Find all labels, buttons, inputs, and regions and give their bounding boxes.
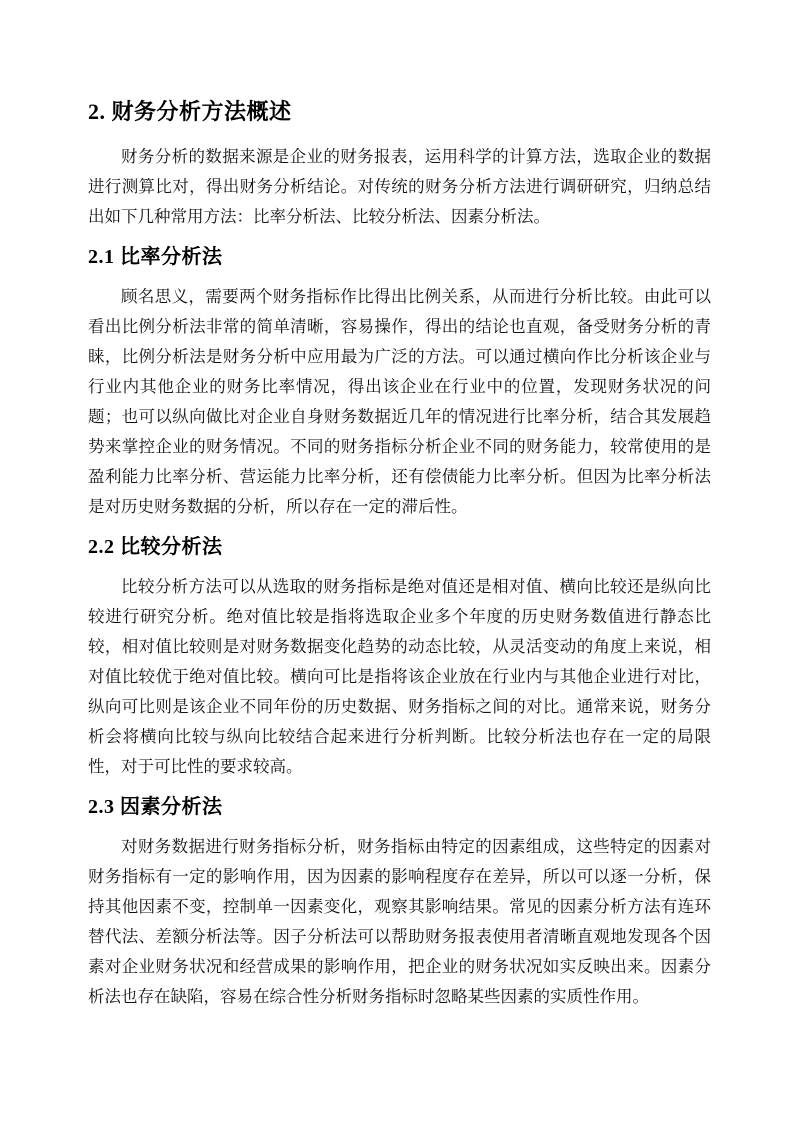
section-heading-ratio-analysis: 2.1 比率分析法 — [88, 242, 711, 272]
paragraph-factor-analysis: 对财务数据进行财务指标分析，财务指标由特定的因素组成，这些特定的因素对财务指标有… — [88, 832, 711, 1012]
paragraph-ratio-analysis: 顾名思义，需要两个财务指标作比得出比例关系，从而进行分析比较。由此可以看出比例分… — [88, 282, 711, 522]
document-content: 2. 财务分析方法概述 财务分析的数据来源是企业的财务报表，运用科学的计算方法，… — [88, 96, 711, 1012]
document-page: 2. 财务分析方法概述 财务分析的数据来源是企业的财务报表，运用科学的计算方法，… — [0, 0, 793, 1122]
section-heading-methods-overview: 2. 财务分析方法概述 — [88, 96, 711, 128]
paragraph-methods-overview: 财务分析的数据来源是企业的财务报表，运用科学的计算方法，选取企业的数据进行测算比… — [88, 142, 711, 232]
section-heading-factor-analysis: 2.3 因素分析法 — [88, 792, 711, 822]
section-heading-comparative-analysis: 2.2 比较分析法 — [88, 532, 711, 562]
paragraph-comparative-analysis: 比较分析方法可以从选取的财务指标是绝对值还是相对值、横向比较还是纵向比较进行研究… — [88, 572, 711, 782]
